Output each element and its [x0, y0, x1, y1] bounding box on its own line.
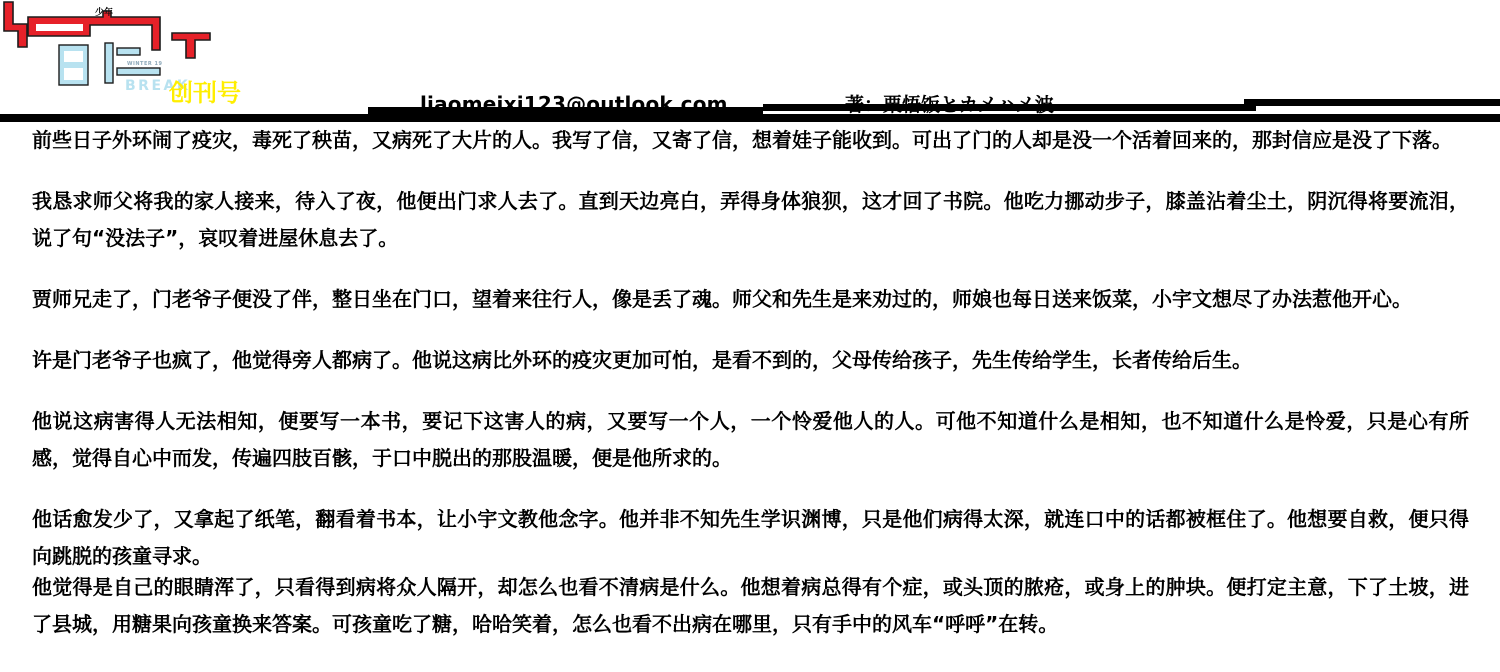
story-paragraph: 我恳求师父将我的家人接来，待入了夜，他便出门求人去了。直到天边亮白，弄得身体狼狈…	[32, 183, 1469, 257]
logo-blue-hbar-bottom-icon	[117, 68, 160, 75]
magazine-logo-icon: 少年 WINTER 19 BREAK 创刊号	[0, 0, 250, 110]
story-paragraph: 前些日子外环闹了疫灾，毒死了秧苗，又病死了大片的人。我写了信，又寄了信，想着娃子…	[32, 122, 1469, 159]
logo-red-stroke-left-icon	[4, 2, 27, 47]
logo-blue-box-hole-top	[64, 51, 83, 62]
logo-micro-text: WINTER 19	[127, 61, 162, 67]
story-paragraph: 他话愈发少了，又拿起了纸笔，翻看着书本，让小宇文教他念字。他并非不知先生学识渊博…	[32, 501, 1469, 575]
logo-red-loop-hole	[36, 24, 83, 31]
magazine-page: 少年 WINTER 19 BREAK 创刊号 liaomeixi123@outl…	[0, 0, 1500, 672]
logo-blue-vbar-icon	[105, 43, 113, 83]
logo-issue-label: 创刊号	[168, 79, 241, 107]
header-rule-right	[1244, 99, 1500, 106]
story-paragraph: 他说这病害得人无法相知，便要写一本书，要记下这害人的病，又要写一个人，一个怜爱他…	[32, 403, 1469, 477]
logo-blue-hbar-top-icon	[117, 48, 140, 55]
header-rule-email	[368, 107, 763, 114]
story-paragraph: 许是门老爷子也疯了，他觉得旁人都病了。他说这病比外环的疫灾更加可怕，是看不到的，…	[32, 342, 1469, 379]
logo-blue-box-hole-bottom	[64, 68, 83, 80]
story-body: 前些日子外环闹了疫灾，毒死了秧苗，又病死了大片的人。我写了信，又寄了信，想着娃子…	[32, 122, 1469, 667]
story-paragraph: 他觉得是自己的眼睛浑了，只看得到病将众人隔开，却怎么也看不清病是什么。他想着病总…	[32, 569, 1469, 643]
story-paragraph: 贾师兄走了，门老爷子便没了伴，整日坐在门口，望着来往行人，像是丢了魂。师父和先生…	[32, 281, 1469, 318]
logo-shonen-label: 少年	[95, 6, 113, 18]
header-rule-full	[0, 114, 1500, 122]
header-rule-author	[763, 104, 1256, 111]
logo-red-cross-icon	[172, 33, 210, 58]
